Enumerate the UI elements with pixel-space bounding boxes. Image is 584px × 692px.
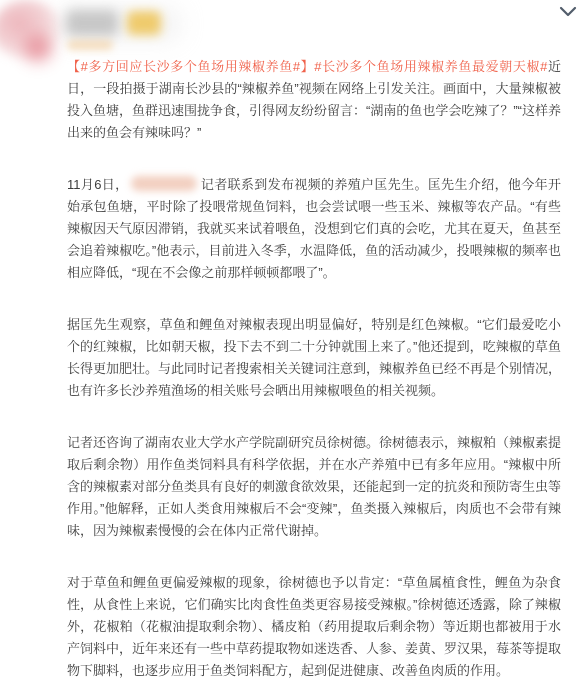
redacted-username[interactable] bbox=[66, 10, 118, 36]
redacted-timestamp bbox=[67, 40, 113, 50]
post-content: 【#多方回应长沙多个鱼场用辣椒养鱼#】#长沙多个鱼场用辣椒养鱼最爱朝天椒#近日，… bbox=[67, 56, 561, 682]
paragraph-3: 据匡先生观察，草鱼和鲤鱼对辣椒表现出明显偏好，特别是红色辣椒。“它们最爱吃小个的… bbox=[67, 314, 561, 402]
paragraph-2-date: 11月6日， bbox=[67, 177, 128, 192]
chevron-down-icon[interactable] bbox=[559, 5, 577, 19]
vip-badge-icon bbox=[127, 11, 161, 35]
hashtag-link-bracketed[interactable]: 【#多方回应长沙多个鱼场用辣椒养鱼#】 bbox=[67, 59, 314, 74]
paragraph-4: 记者还咨询了湖南农业大学水产学院副研究员徐树德。徐树德表示，辣椒粕（辣椒素提取后… bbox=[67, 432, 561, 542]
redacted-source-name bbox=[131, 176, 197, 191]
paragraph-2-text: 记者联系到发布视频的养殖户匡先生。匡先生介绍，他今年开始承包鱼塘，平时除了投喂常… bbox=[67, 177, 561, 280]
post-header bbox=[0, 0, 584, 56]
weibo-post-page: 【#多方回应长沙多个鱼场用辣椒养鱼#】#长沙多个鱼场用辣椒养鱼最爱朝天椒#近日，… bbox=[0, 0, 584, 692]
paragraph-5: 对于草鱼和鲤鱼更偏爱辣椒的现象，徐树德也予以肯定：“草鱼属植食性，鲤鱼为杂食性，… bbox=[67, 572, 561, 682]
paragraph-2: 11月6日，记者联系到发布视频的养殖户匡先生。匡先生介绍，他今年开始承包鱼塘，平… bbox=[67, 174, 561, 284]
hashtag-link[interactable]: #长沙多个鱼场用辣椒养鱼最爱朝天椒# bbox=[314, 59, 547, 74]
avatar-blur-streak bbox=[24, 34, 52, 62]
paragraph-1: 【#多方回应长沙多个鱼场用辣椒养鱼#】#长沙多个鱼场用辣椒养鱼最爱朝天椒#近日，… bbox=[67, 56, 561, 144]
